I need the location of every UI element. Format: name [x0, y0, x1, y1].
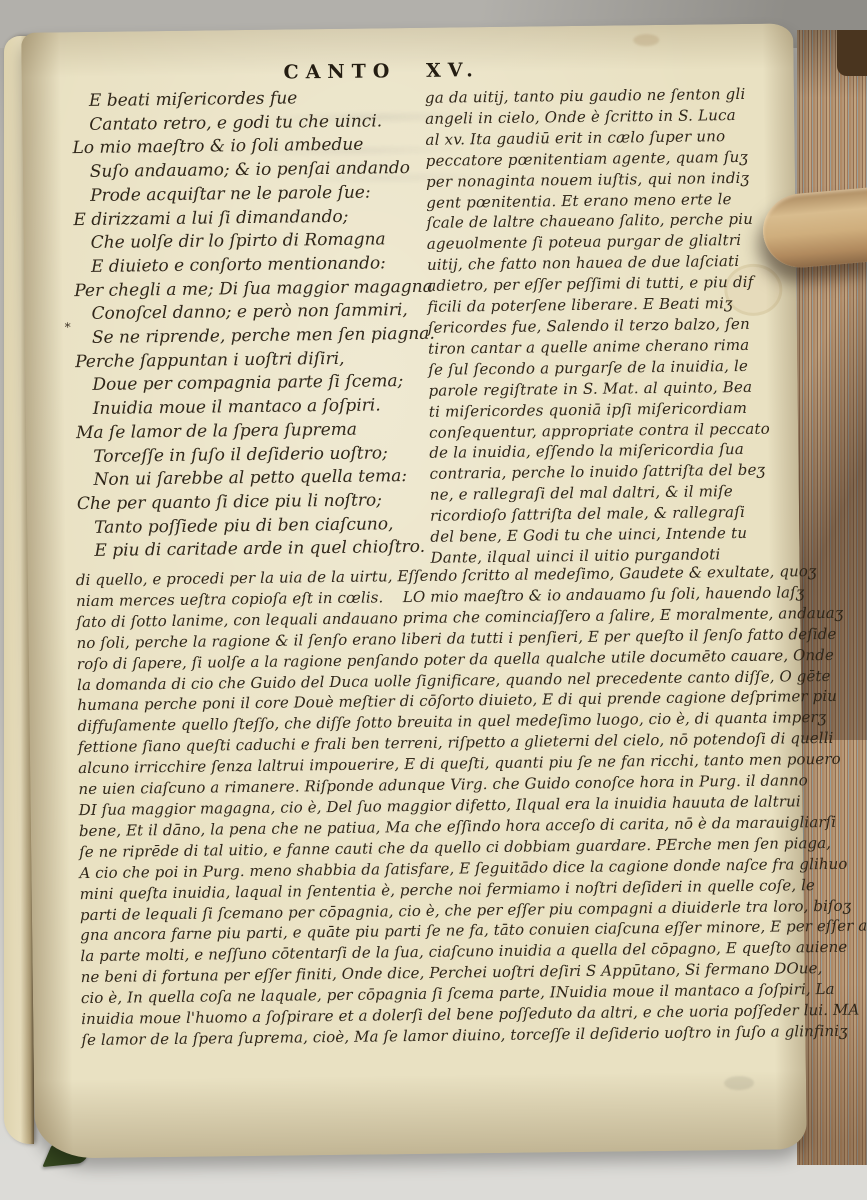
text-line: Doue per compagnia parte ſi ſcema;	[75, 370, 440, 398]
poem-column: E beati miſericordes fueCantato retro, e…	[72, 86, 443, 564]
book-cover-corner	[837, 30, 867, 76]
commentary-column: ga da uitij, tanto piu gaudio ne ſenton …	[425, 84, 781, 569]
book-photo: CANTO XV. E beati miſericordes fueCantat…	[0, 0, 867, 1200]
commentary-full-width: di quello, e procedi per la uia de la ui…	[76, 561, 804, 1051]
text-line: del bene, E Godi tu che uinci, Intende t…	[430, 523, 780, 548]
text-line: Non ui ſarebbe al petto quella tema:	[76, 465, 441, 493]
margin-asterisk: *	[65, 320, 71, 334]
book-page: CANTO XV. E beati miſericordes fueCantat…	[21, 23, 807, 1158]
foxing-stain	[724, 1076, 754, 1090]
text-line: Suſo andauamo; & io penſai andando	[73, 157, 438, 185]
page-title: CANTO XV.	[22, 56, 742, 87]
text-line: E piu di caritade arde in quel chioſtro.	[77, 536, 442, 564]
text-line: Se ne riprende, perche men ſen piagna.	[75, 323, 440, 351]
foxing-stain	[633, 34, 659, 46]
